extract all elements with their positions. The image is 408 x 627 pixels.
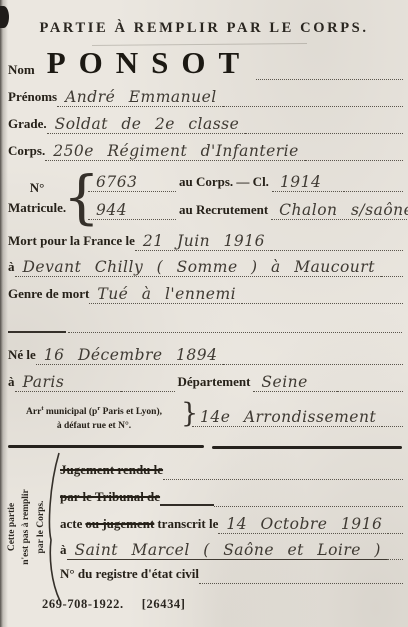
footer-imprint: 269-708-1922. [26434] (42, 597, 186, 612)
prenoms-label: Prénoms (8, 89, 57, 107)
field-corps: Corps. 250e Régiment d'Infanterie (8, 135, 403, 161)
dotted-leader (381, 275, 403, 277)
dotted-leader (382, 425, 403, 427)
arrondissement-label-line1: Arrt municipal (pr Paris et Lyon), (8, 404, 180, 419)
imprint-reference: [26434] (142, 597, 186, 612)
matricule-row-corps: 6763 au Corps. — Cl. 1914 (88, 166, 403, 192)
dotted-leader (245, 132, 403, 134)
separator-solid (8, 331, 66, 333)
arrondissement-label-line2: à défaut rue et N°. (8, 419, 180, 433)
classe-value: 1914 (272, 173, 344, 192)
dotted-leader (305, 159, 403, 161)
matricule-corps-number: 6763 (88, 173, 176, 192)
matricule-label-line2: Matricule. (8, 198, 66, 218)
dotted-leader (214, 505, 403, 507)
acte-date: 14 Octobre 1916 (218, 515, 388, 534)
arrondissement-value: 14e Arrondissement (192, 408, 382, 427)
dotted-leader (344, 190, 403, 192)
acte-struck: ou jugement (85, 516, 154, 534)
dotted-leader (199, 582, 403, 584)
au-corps-label: au Corps. — Cl. (179, 174, 269, 192)
field-tribunal: par le Tribunal de (60, 481, 403, 507)
dotted-leader (223, 105, 403, 107)
genre-mort-label: Genre de mort (8, 286, 89, 304)
field-mort: Mort pour la France le 21 Juin 1916 (8, 225, 403, 251)
naissance-date: 16 Décembre 1894 (36, 346, 224, 365)
dotted-leader (337, 390, 403, 392)
jugement-label: Jugement rendu le (60, 462, 163, 480)
genre-mort-value: Tué à l'ennemi (89, 285, 242, 304)
field-jugement: Jugement rendu le (60, 454, 403, 480)
lieu-mort-value: Devant Chilly ( Somme ) à Maucourt (15, 258, 381, 277)
nom-label: Nom (8, 62, 35, 80)
heavy-rule-right (212, 446, 402, 449)
departement-value: Seine (253, 373, 337, 392)
mort-date: 21 Juin 1916 (135, 232, 271, 251)
matricule-label-line1: N° (8, 178, 66, 198)
arrondissement-label: Arrt municipal (pr Paris et Lyon), à déf… (8, 404, 180, 434)
mort-label: Mort pour la France le (8, 233, 135, 251)
side-note-line: Cette partie (5, 452, 19, 602)
matricule-label: N° Matricule. (8, 178, 66, 218)
registre-label: N° du registre d'état civil (60, 566, 199, 584)
naissance-label: Né le (8, 347, 36, 365)
grade-value: Soldat de 2e classe (47, 115, 246, 134)
au-recrutement-label: au Recrutement (179, 202, 268, 220)
acte-prefix: acte (60, 516, 82, 534)
field-genre-mort: Genre de mort Tué à l'ennemi (8, 278, 403, 304)
field-registre: N° du registre d'état civil (60, 558, 403, 584)
lieu-naissance-value: Paris (15, 373, 121, 392)
corps-value: 250e Régiment d'Infanterie (45, 142, 305, 161)
matricule-row-recrutement: 944 au Recrutement Chalon s/saône (88, 194, 403, 220)
acte-suffix: transcrit le (157, 516, 218, 534)
field-nom: Nom PONSOT (8, 46, 403, 80)
matricule-recrutement-number: 944 (88, 201, 176, 220)
field-arrondissement: 14e Arrondissement (192, 401, 403, 427)
departement-label: Département (178, 374, 251, 392)
dotted-leader (163, 478, 403, 480)
solid-stroke (160, 503, 214, 506)
heavy-rule-left (8, 445, 204, 448)
field-lieu-mort: à Devant Chilly ( Somme ) à Maucourt (8, 251, 403, 277)
prenoms-value: André Emmanuel (57, 88, 223, 107)
separator-dotted (68, 332, 402, 333)
field-naissance: Né le 16 Décembre 1894 (8, 339, 403, 365)
field-lieu-naissance: à Paris Département Seine (8, 366, 403, 392)
imprint-number: 269-708-1922. (42, 597, 124, 612)
tribunal-label: par le Tribunal de (60, 489, 160, 507)
dotted-leader (242, 302, 403, 304)
field-acte: acte ou jugement transcrit le 14 Octobre… (60, 508, 403, 534)
corps-label: Corps. (8, 143, 45, 161)
field-prenoms: Prénoms André Emmanuel (8, 81, 403, 107)
nom-value: PONSOT (35, 47, 256, 80)
dotted-leader (121, 390, 175, 392)
side-note-line: n'est pas à remplir (19, 452, 33, 602)
grade-label: Grade. (8, 116, 47, 134)
dotted-leader (223, 363, 403, 365)
side-note: Cette partie n'est pas à remplir par le … (5, 452, 49, 602)
page-title: PARTIE À REMPLIR PAR LE CORPS. (0, 20, 408, 37)
dotted-leader (256, 78, 403, 80)
field-lieu-acte: à Saint Marcel ( Saône et Loire ) (60, 534, 403, 560)
recrutement-place: Chalon s/saône (271, 201, 408, 220)
field-grade: Grade. Soldat de 2e classe (8, 108, 403, 134)
death-record-card: PARTIE À REMPLIR PAR LE CORPS. Nom PONSO… (0, 0, 408, 627)
